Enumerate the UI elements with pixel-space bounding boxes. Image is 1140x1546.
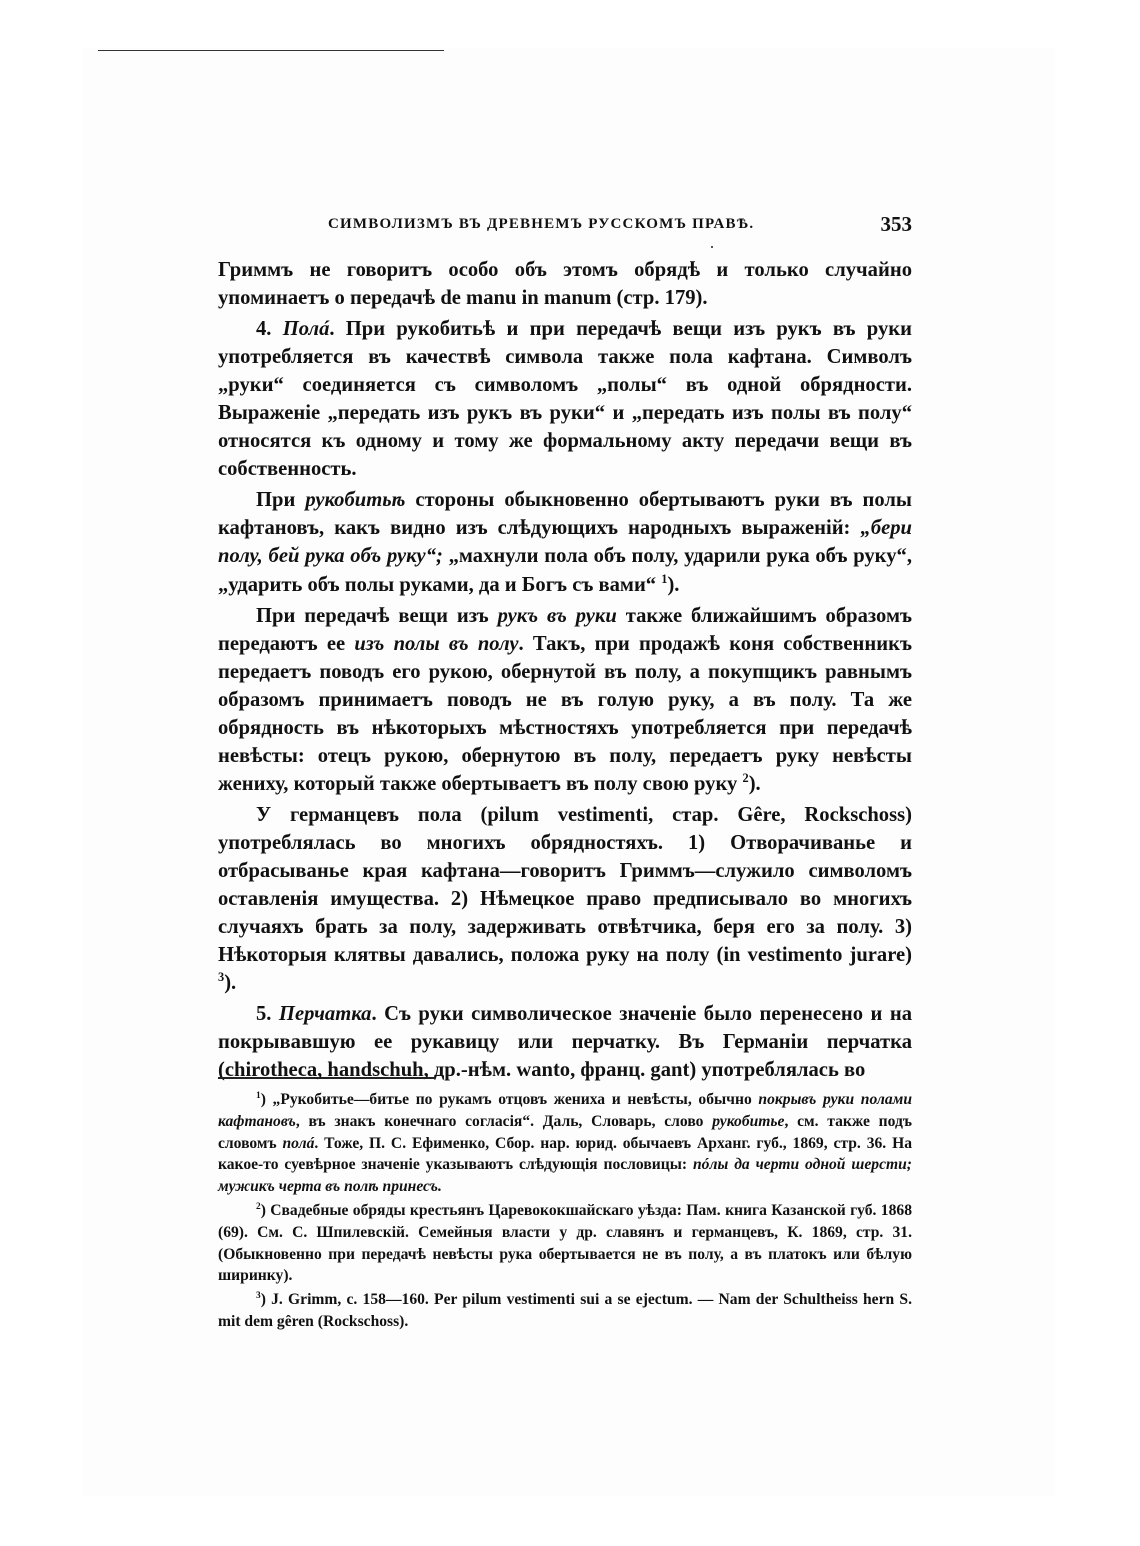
italic-run: рукобитье [712,1113,784,1130]
text-run: ) Свадебные обряды крестьянъ Царевококша… [218,1202,912,1284]
text-run: При [256,489,305,511]
text-run: У германцевъ пола (pilum vestimenti, ста… [218,804,912,966]
footnote-3: 3) J. Grimm, c. 158—160. Per pilum vesti… [218,1289,912,1333]
paragraph-4: При передачѣ вещи изъ рукъ въ руки также… [218,602,912,798]
paragraph-5: У германцевъ пола (pilum vestimenti, ста… [218,801,912,997]
paragraph-6-perchatka: 5. Перчатка. Съ руки символическое значе… [218,1000,912,1084]
running-header: СИМВОЛИЗМЪ ВЪ ДРЕВНЕМЪ РУССКОМЪ ПРАВѢ. 3… [218,214,912,240]
text-run: При передачѣ вещи изъ [256,605,498,627]
italic-term: изъ полы въ полу [354,633,518,655]
section-number: 4. [256,318,283,340]
text-run: ) J. Grimm, c. 158—160. Per pilum vestim… [218,1291,912,1330]
italic-term: рукъ въ руки [498,605,617,627]
section-term: Перчатка [279,1003,372,1025]
footnote-1: 1) „Рукобитье—битье по рукамъ отцовъ жен… [218,1089,912,1198]
page-number: 353 [881,212,913,237]
top-rule-divider [98,50,444,51]
paragraph-1: Гриммъ не говоритъ особо объ этомъ обряд… [218,256,912,312]
section-number: 5. [256,1003,279,1025]
paragraph-3: При рукобитьѣ стороны обыкновенно оберты… [218,486,912,598]
text-run: ). [749,773,761,795]
italic-run: полá [282,1135,314,1152]
section-term: Полá [283,318,330,340]
stray-dot [711,246,713,248]
paragraph-2-pola: 4. Полá. При рукобитьѣ и при передачѣ ве… [218,315,912,483]
footnotes: 1) „Рукобитье—битье по рукамъ отцовъ жен… [218,1089,912,1335]
text-run: . Такъ, при продажѣ коня собственникъ пе… [218,633,912,795]
text-run: ). [667,574,679,596]
footnote-separator [218,1077,435,1079]
text-run: ). [224,972,236,994]
paragraph-text: . При рукобитьѣ и при передачѣ вещи изъ … [218,318,912,480]
text-run: , въ знакъ конечнаго согласія“. Даль, Сл… [296,1113,712,1130]
footnote-2: 2) Свадебные обряды крестьянъ Царевококш… [218,1200,912,1287]
body-text: Гриммъ не говоритъ особо объ этомъ обряд… [218,256,912,1087]
italic-term: рукобитьѣ [305,489,405,511]
text-run: ) „Рукобитье—битье по рукамъ отцовъ жени… [261,1091,759,1108]
running-title: СИМВОЛИЗМЪ ВЪ ДРЕВНЕМЪ РУССКОМЪ ПРАВѢ. [328,216,754,233]
